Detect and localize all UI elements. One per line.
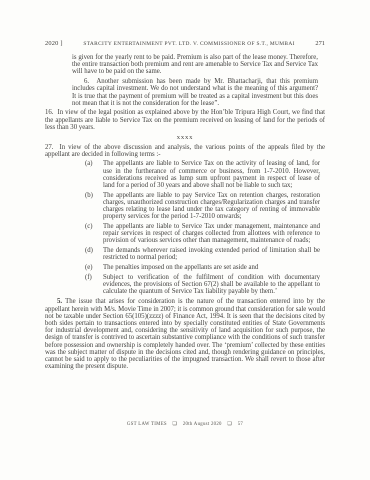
item-label: (e) <box>85 264 103 271</box>
item-text: The appellants are liable to Service Tax… <box>103 223 320 245</box>
decision-list: (a) The appellants are liable to Service… <box>85 160 320 295</box>
page-header: 2020 ] Starcity Entertainment Pvt. Ltd. … <box>45 40 325 47</box>
paragraph-16: 16. In view of the legal position as exp… <box>45 109 325 131</box>
footer-box-icon: ❏ <box>172 421 177 427</box>
footer-box-icon: ❏ <box>227 421 232 427</box>
footer-journal-name: GST Law Times <box>127 422 167 427</box>
decision-item-e: (e) The penalties imposed on the appella… <box>85 264 320 271</box>
paragraph-5-number: 5. <box>57 298 62 305</box>
decision-item-f: (f) Subject to verification of the fulfi… <box>85 274 320 296</box>
quoted-extract: is given for the yearly rent to be paid.… <box>72 54 318 107</box>
item-text: The demands wherever raised invoking ext… <box>103 247 320 261</box>
page-content: 2020 ] Starcity Entertainment Pvt. Ltd. … <box>45 40 325 373</box>
item-text: Subject to verification of the fulfilmen… <box>103 274 320 296</box>
paragraph-5: 5.The issue that arises for consideratio… <box>45 298 325 370</box>
decision-item-a: (a) The appellants are liable to Service… <box>85 160 320 189</box>
page-footer: GST Law Times ❏ 20th August 2020 ❏ 57 <box>0 421 370 427</box>
item-label: (b) <box>85 192 103 221</box>
decision-item-b: (b) The appellants are liable to pay Ser… <box>85 192 320 221</box>
item-label: (c) <box>85 223 103 245</box>
paragraph-5-text: The issue that arises for consideration … <box>45 298 325 370</box>
footer-date: 20th August 2020 <box>183 422 222 427</box>
section-separator-xxxx: xxxx <box>45 134 325 141</box>
paragraph-27: 27. In view of the above discussion and … <box>45 144 325 158</box>
item-text: The appellants are liable to Service Tax… <box>103 160 320 189</box>
quote-paragraph-2: 6. Another submission has been made by M… <box>72 78 318 107</box>
item-label: (d) <box>85 247 103 261</box>
footer-page-number: 57 <box>238 422 243 427</box>
item-label: (a) <box>85 160 103 189</box>
item-text: The penalties imposed on the appellants … <box>103 264 320 271</box>
header-year: 2020 ] <box>45 40 63 47</box>
header-page-number: 271 <box>315 40 325 47</box>
decision-item-c: (c) The appellants are liable to Service… <box>85 223 320 245</box>
quote-paragraph-1: is given for the yearly rent to be paid.… <box>72 54 318 76</box>
document-page: 2020 ] Starcity Entertainment Pvt. Ltd. … <box>0 0 370 480</box>
item-text: The appellants are liable to pay Service… <box>103 192 320 221</box>
item-label: (f) <box>85 274 103 296</box>
decision-item-d: (d) The demands wherever raised invoking… <box>85 247 320 261</box>
header-case-title: Starcity Entertainment Pvt. Ltd. v. Comm… <box>83 41 294 47</box>
